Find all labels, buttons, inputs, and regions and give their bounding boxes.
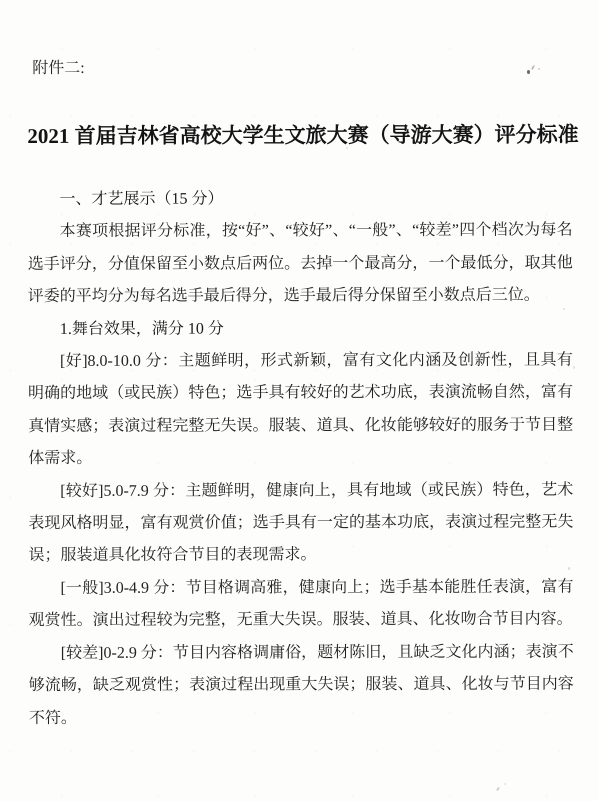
scanned-document-page: 附件二: 2021 首届吉林省高校大学生文旅大赛（导游大赛）评分标准 一、才艺展…: [0, 0, 599, 801]
grade-label-poor: [较差]: [61, 644, 104, 661]
grade-label-good: [好]: [60, 353, 88, 370]
criteria-paragraph-fairly-good: [较好]5.0-7.9 分：主题鲜明，健康向上，具有地域（或民族）特色，艺术表现…: [28, 474, 573, 573]
criteria-paragraph-good: [好]8.0-10.0 分：主题鲜明，形式新颖，富有文化内涵及创新性，且具有明确…: [28, 345, 573, 476]
criteria-paragraph-poor: [较差]0-2.9 分：节目内容格调庸俗，题材陈旧，且缺乏文化内涵；表演不够流畅…: [29, 636, 574, 735]
grade-label-fairly-good: [较好]: [60, 482, 103, 499]
score-range-fairly-good: 5.0-7.9 分：: [103, 482, 185, 499]
criteria-paragraph-average: [一般]3.0-4.9 分：节目格调高雅，健康向上；选手基本能胜任表演，富有观赏…: [28, 571, 573, 637]
scan-speck: [496, 787, 500, 791]
document-title: 2021 首届吉林省高校大学生文旅大赛（导游大赛）评分标准: [27, 120, 572, 151]
score-range-poor: 0-2.9 分：: [103, 644, 172, 661]
scan-speck: [538, 68, 540, 70]
attachment-label: 附件二:: [32, 58, 572, 79]
grade-label-average: [一般]: [61, 580, 104, 597]
scan-speck: [527, 70, 530, 74]
document-content: 附件二: 2021 首届吉林省高校大学生文旅大赛（导游大赛）评分标准 一、才艺展…: [27, 0, 574, 735]
section-heading-talent-show: 一、才艺展示（15 分）: [27, 183, 572, 217]
intro-paragraph: 本赛项根据评分标准，按“好”、“较好”、“一般”、“较差”四个档次为每名选手评分…: [28, 215, 573, 314]
scan-speck: [573, 366, 575, 369]
document-body: 一、才艺展示（15 分） 本赛项根据评分标准，按“好”、“较好”、“一般”、“较…: [27, 183, 573, 735]
scan-speck: [504, 783, 506, 785]
scan-speck: [568, 567, 570, 570]
score-range-good: 8.0-10.0 分：: [88, 353, 179, 370]
scan-speck: [563, 308, 565, 310]
score-range-average: 3.0-4.9 分：: [104, 579, 186, 596]
scan-speck: [346, 147, 348, 149]
subsection-heading-stage-effect: 1.舞台效果，满分 10 分: [28, 312, 573, 346]
